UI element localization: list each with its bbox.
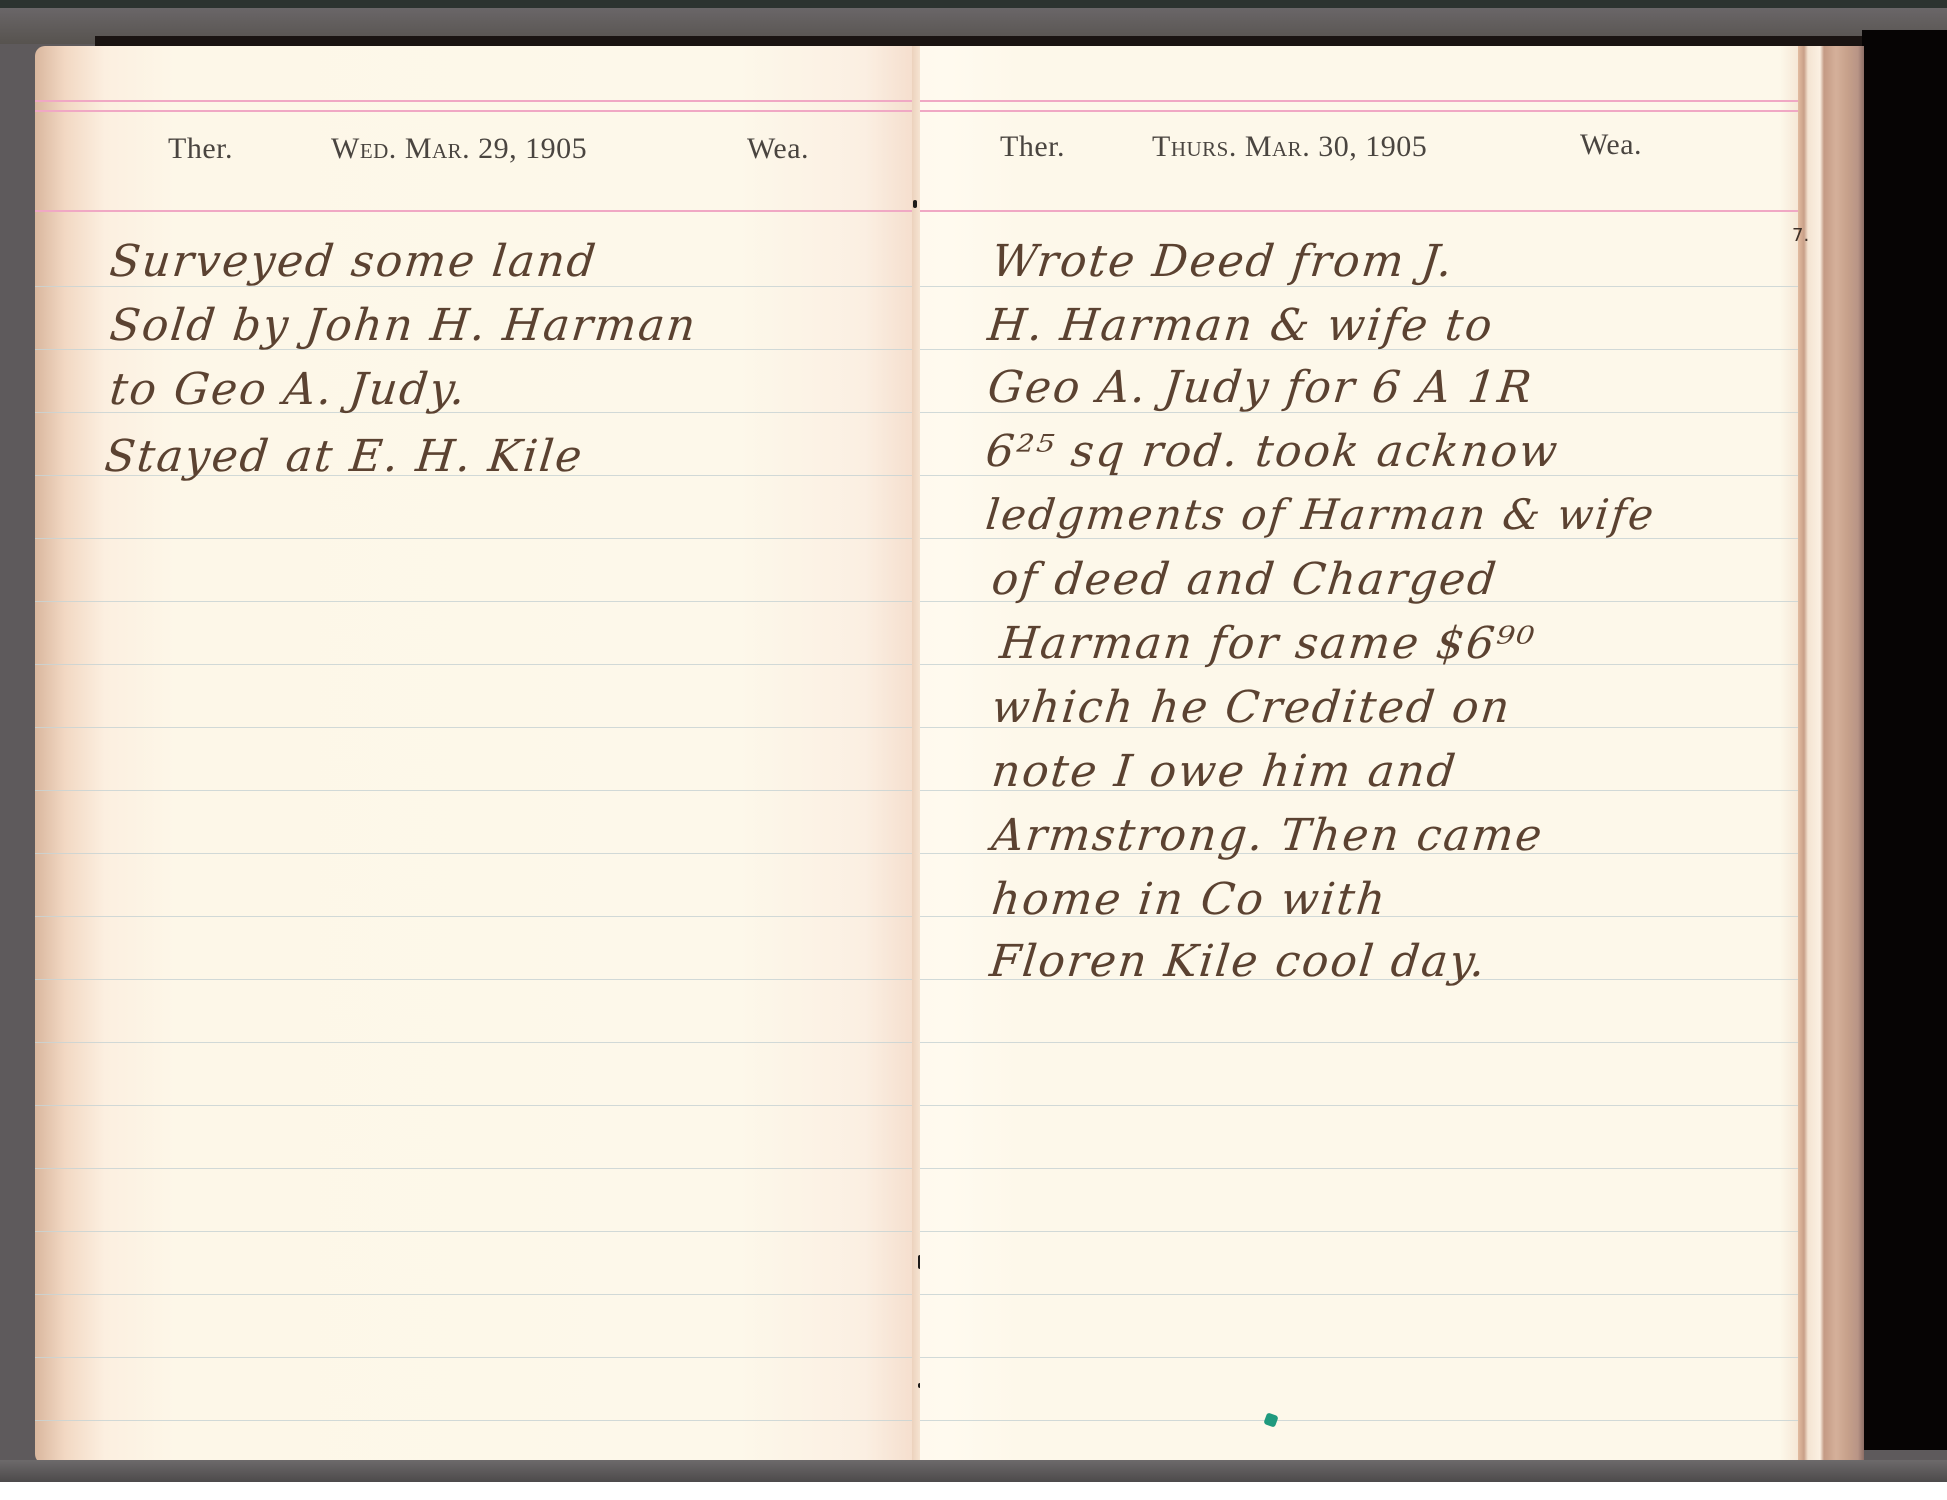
ruled-line <box>920 1231 1800 1232</box>
ruled-line <box>920 1420 1800 1421</box>
fore-edge-mark: 7. <box>1792 225 1809 246</box>
header-rule-top <box>920 100 1800 102</box>
page-fore-edge <box>1798 46 1864 1464</box>
ruled-line <box>35 664 920 665</box>
ruled-line <box>35 1231 920 1232</box>
ruled-line <box>35 538 920 539</box>
header-rule-top-2 <box>35 110 920 112</box>
header-rule-bottom <box>35 210 920 212</box>
ruled-line <box>35 853 920 854</box>
ruled-line <box>920 1294 1800 1295</box>
handwritten-line: of deed and Charged <box>989 554 1500 605</box>
handwritten-line: Wrote Deed from J. <box>989 236 1456 287</box>
ther-label: Ther. <box>1000 130 1065 164</box>
handwritten-line: which he Credited on <box>989 682 1513 733</box>
wea-label: Wea. <box>747 132 809 166</box>
ruled-line <box>35 601 920 602</box>
handwritten-line: to Geo A. Judy. <box>107 364 469 415</box>
header-rule-top <box>35 100 920 102</box>
page-date: Wed. Mar. 29, 1905 <box>331 132 587 166</box>
left-page: Ther. Wed. Mar. 29, 1905 Wea. Surveyed s… <box>35 46 920 1464</box>
handwritten-line: H. Harman & wife to <box>985 300 1496 351</box>
ruled-line <box>35 1168 920 1169</box>
handwritten-line: Sold by John H. Harman <box>107 300 699 351</box>
book-cover-right-shadow <box>1862 30 1947 1450</box>
day-of-week: Thurs. <box>1152 130 1237 163</box>
ruled-line <box>35 1042 920 1043</box>
header-rule-top-2 <box>920 110 1800 112</box>
handwritten-line: Surveyed some land <box>107 236 599 287</box>
date-text: Mar. 30, 1905 <box>1245 130 1427 163</box>
ruled-line <box>35 1420 920 1421</box>
handwritten-line: ledgments of Harman & wife <box>983 490 1657 539</box>
scan-bottom-margin <box>0 1482 1947 1500</box>
ther-label: Ther. <box>168 132 233 166</box>
handwritten-line: Armstrong. Then came <box>989 810 1546 861</box>
ruled-line <box>920 1168 1800 1169</box>
date-text: Mar. 29, 1905 <box>405 132 587 165</box>
ruled-line <box>35 727 920 728</box>
gutter-speck <box>913 200 917 208</box>
ruled-line <box>920 1105 1800 1106</box>
ruled-line <box>35 1357 920 1358</box>
ruled-line <box>920 1042 1800 1043</box>
handwritten-line: Geo A. Judy for 6 A 1R <box>985 362 1535 413</box>
day-of-week: Wed. <box>331 132 397 165</box>
header-rule-bottom <box>920 210 1800 212</box>
book-cover-bottom <box>0 1460 1947 1482</box>
wea-label: Wea. <box>1580 128 1642 162</box>
handwritten-line: Floren Kile cool day. <box>987 936 1489 987</box>
scanner-top-edge <box>0 0 1947 8</box>
ruled-line <box>35 916 920 917</box>
ruled-line <box>920 1357 1800 1358</box>
page-date: Thurs. Mar. 30, 1905 <box>1152 130 1427 164</box>
ruled-line <box>35 790 920 791</box>
ruled-line <box>35 1105 920 1106</box>
handwritten-line: 6²⁵ sq rod. took acknow <box>983 426 1561 477</box>
handwritten-line: note I owe him and <box>989 746 1459 797</box>
ruled-line <box>35 1294 920 1295</box>
green-ink-spot <box>1263 1412 1278 1427</box>
handwritten-line: Harman for same $6⁹⁰ <box>997 618 1538 669</box>
handwritten-line: Stayed at E. H. Kile <box>102 431 586 482</box>
ruled-line <box>35 979 920 980</box>
handwritten-line: home in Co with <box>989 874 1389 925</box>
right-page: Ther. Thurs. Mar. 30, 1905 Wea. Wrote De… <box>920 46 1800 1464</box>
